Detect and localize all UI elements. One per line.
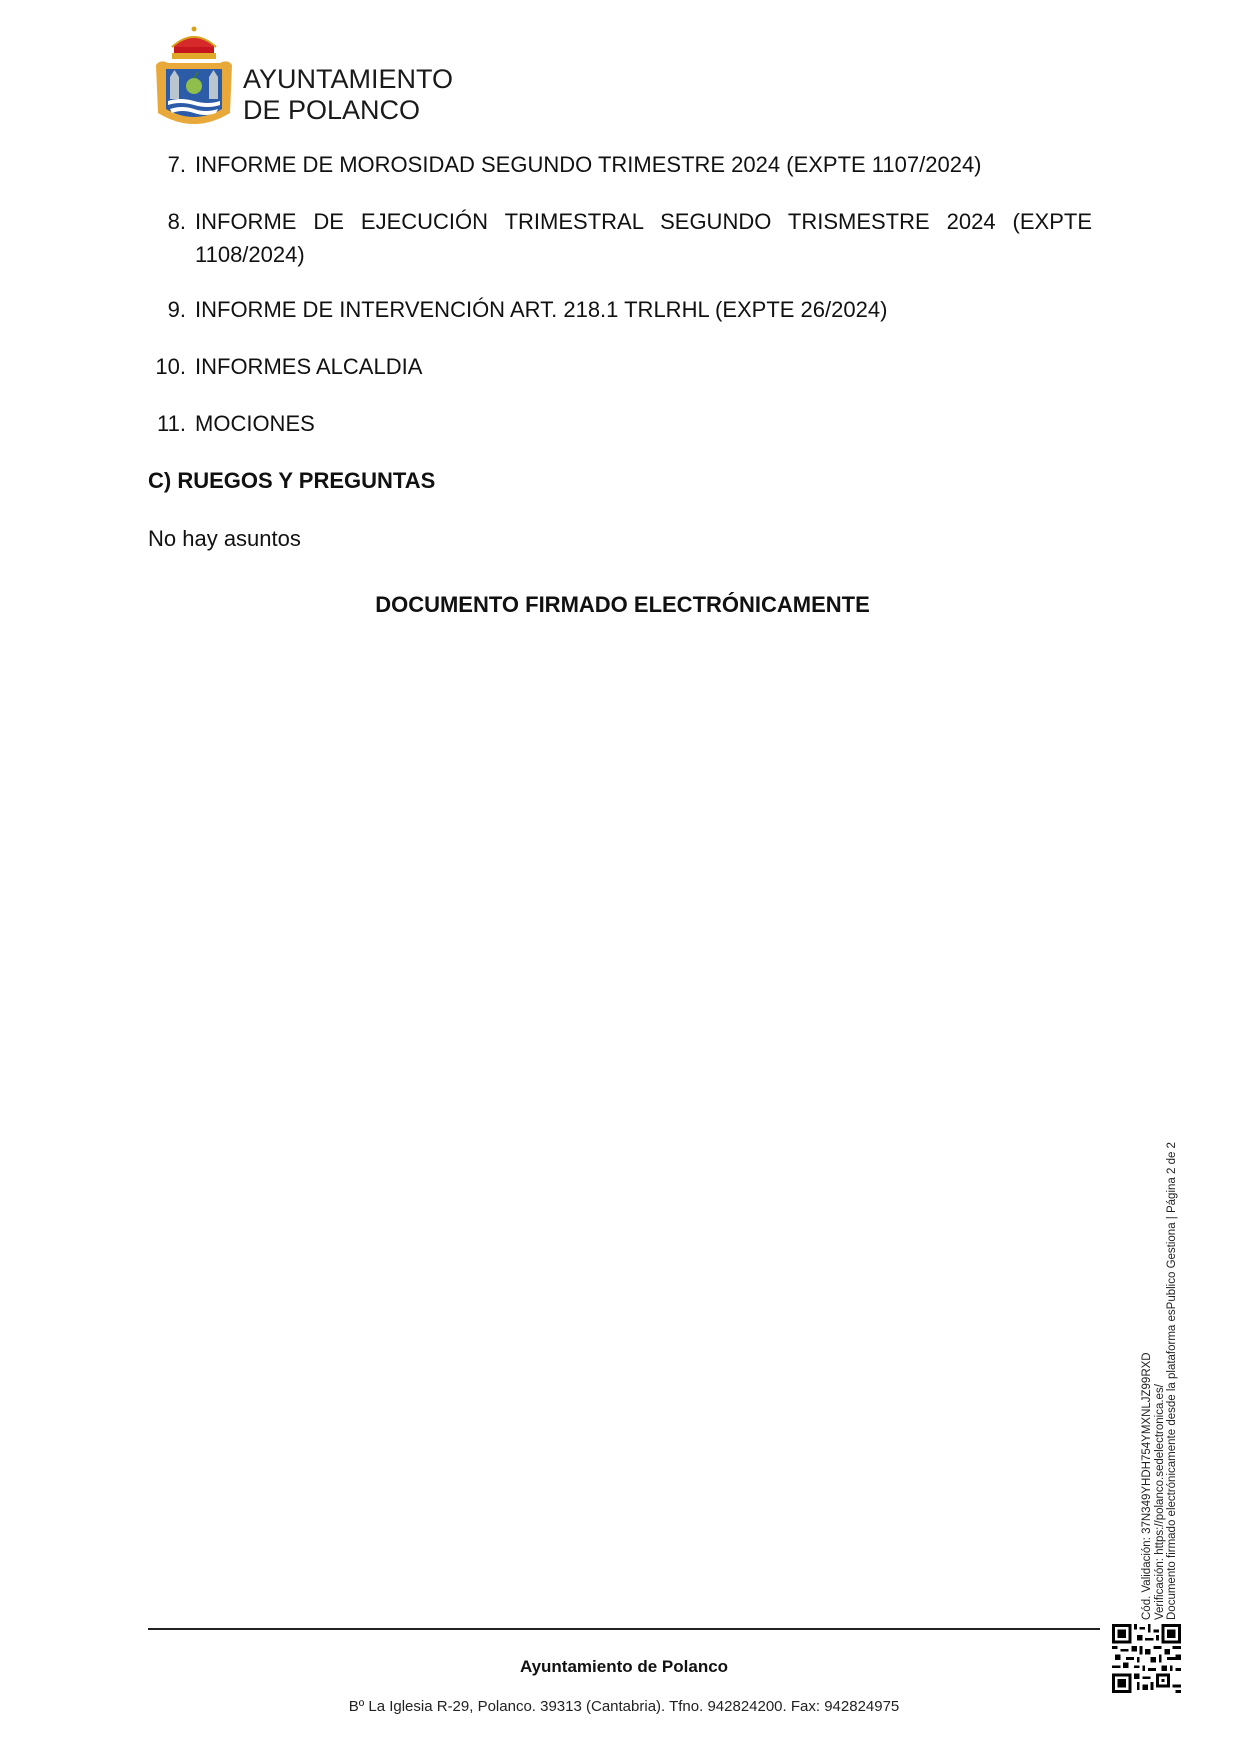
section-heading: C) RUEGOS Y PREGUNTAS [148, 466, 435, 496]
item-text: INFORME DE MOROSIDAD SEGUNDO TRIMESTRE 2… [195, 148, 1092, 181]
item-text: MOCIONES [195, 407, 1092, 440]
item-number: 8. [168, 205, 186, 238]
item-text: INFORME DE INTERVENCIÓN ART. 218.1 TRLRH… [195, 293, 1092, 326]
section-body: No hay asuntos [148, 524, 301, 554]
qr-code-icon [1112, 1624, 1181, 1693]
validation-code: Cód. Validación: 37N349YHDH754YMXNLJZ99R… [1141, 1142, 1154, 1620]
item-number: 10. [155, 350, 186, 383]
agenda-item: 8. INFORME DE EJECUCIÓN TRIMESTRAL SEGUN… [148, 205, 1092, 271]
item-text: INFORMES ALCALDIA [195, 350, 1092, 383]
agenda-item: 11. MOCIONES [148, 407, 1092, 440]
verification-url[interactable]: Verificación: https://polanco.sedelectro… [1154, 1142, 1167, 1620]
item-number: 9. [168, 293, 186, 326]
brand-name: AYUNTAMIENTO DE POLANCO [243, 64, 453, 126]
agenda-item: 7. INFORME DE MOROSIDAD SEGUNDO TRIMESTR… [148, 148, 1092, 181]
brand-line-2: DE POLANCO [243, 95, 453, 126]
verification-block: Cód. Validación: 37N349YHDH754YMXNLJZ99R… [1141, 1142, 1179, 1620]
footer-address: Bº La Iglesia R-29, Polanco. 39313 (Cant… [148, 1698, 1100, 1715]
signature-platform-note: Documento firmado electrónicamente desde… [1166, 1142, 1179, 1620]
agenda-item: 10. INFORMES ALCALDIA [148, 350, 1092, 383]
footer-title: Ayuntamiento de Polanco [148, 1657, 1100, 1677]
item-text: INFORME DE EJECUCIÓN TRIMESTRAL SEGUNDO … [195, 205, 1092, 271]
footer-divider [148, 1628, 1100, 1630]
signature-note: DOCUMENTO FIRMADO ELECTRÓNICAMENTE [0, 592, 1241, 618]
signature-note-text: DOCUMENTO FIRMADO ELECTRÓNICAMENTE [375, 592, 870, 617]
agenda-item: 9. INFORME DE INTERVENCIÓN ART. 218.1 TR… [148, 293, 1092, 326]
brand-line-1: AYUNTAMIENTO [243, 64, 453, 95]
coat-of-arms-icon [150, 25, 238, 133]
item-number: 7. [168, 148, 186, 181]
item-number: 11. [157, 407, 186, 440]
